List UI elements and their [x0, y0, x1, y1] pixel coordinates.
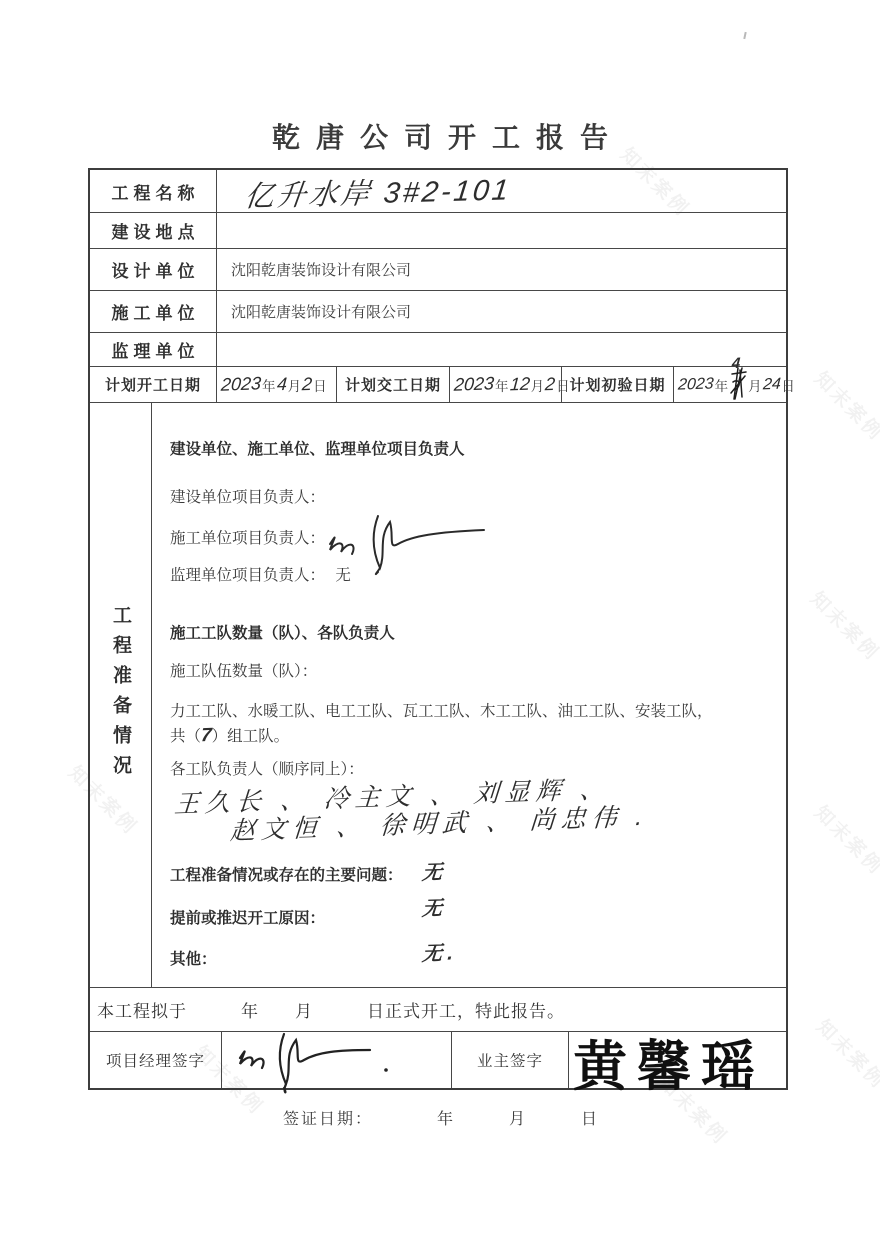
project-name-value-cell: 亿升水岸 3#2-101: [217, 170, 786, 212]
owner-sign-label: 业主签字: [452, 1032, 569, 1088]
teams-total-line: 共（7）组工队。: [170, 724, 768, 749]
table-row-project-name: 工程名称 亿升水岸 3#2-101: [90, 170, 786, 213]
supervisor-rep-value: 无: [335, 567, 351, 584]
month-unit: 月: [531, 375, 545, 395]
issues-label: 工程准备情况或存在的主要问题：: [170, 867, 403, 884]
preparation-content: 建设单位、施工单位、监理单位项目负责人 建设单位项目负责人： 施工单位项目负责人…: [152, 403, 786, 987]
design-unit-value: 沈阳乾唐装饰设计有限公司: [217, 249, 786, 290]
preparation-side-cell: 工程准备情况: [90, 403, 152, 987]
table-row-planned-dates: 计划开工日期 2023 年 4 月 2 日 计划交工日期 2023 年 12 月…: [90, 367, 786, 403]
teams-heading: 施工工队数量（队）、各队负责人: [170, 623, 768, 645]
start-month-handwritten: 4: [276, 374, 287, 395]
owner-rep-line: 建设单位项目负责人：: [170, 487, 768, 509]
commencement-report-page: 知末案例 知末案例 知末案例 知末案例 知末案例 知末案例 知末案例 知末案例 …: [0, 0, 880, 1244]
planned-inspection-date-value: 2023 年 4 月 24 日: [674, 367, 798, 402]
design-unit-label: 设计单位: [90, 249, 217, 290]
other-line: 其他： 无 .: [170, 949, 768, 971]
delay-label: 提前或推迟开工原因：: [170, 910, 325, 927]
responsibles-heading: 建设单位、施工单位、监理单位项目负责人: [170, 439, 768, 461]
preparation-side-label: 工程准备情况: [107, 605, 134, 785]
page-title: 乾唐公司开工报告: [0, 116, 880, 156]
owner-signature-handwritten: 黄馨瑶: [569, 1040, 765, 1094]
table-row-declaration: 本工程拟于 年 月 日正式开工，特此报告。: [90, 988, 786, 1032]
scan-speck: [743, 32, 746, 39]
day-unit: 日: [313, 375, 327, 395]
finish-year-handwritten: 2023: [453, 373, 494, 395]
owner-signature-cell: 黄馨瑶: [569, 1032, 786, 1088]
table-row-build-location: 建设地点: [90, 213, 786, 249]
month-unit: 月: [288, 375, 302, 395]
watermark: 知末案例: [809, 799, 880, 880]
construction-unit-label: 施工单位: [90, 291, 217, 332]
day-unit: 日: [781, 375, 795, 395]
table-row-signatures: 项目经理签字 业主签字 黄馨瑶: [90, 1032, 786, 1088]
contractor-rep-line: 施工单位项目负责人：: [170, 528, 768, 550]
inspect-month-correction: 4: [728, 370, 748, 400]
watermark: 知末案例: [811, 1013, 880, 1094]
planned-start-date-label: 计划开工日期: [90, 367, 217, 402]
inspect-year-handwritten: 2023: [677, 375, 714, 394]
build-location-label: 建设地点: [90, 213, 217, 248]
team-count-line: 施工队伍数量（队）：: [170, 661, 768, 683]
finish-month-handwritten: 12: [509, 374, 530, 396]
inspect-month-handwritten: 4: [732, 354, 742, 371]
project-name-label: 工程名称: [90, 170, 217, 212]
planned-finish-date-label: 计划交工日期: [337, 367, 450, 402]
report-form-table: 工程名称 亿升水岸 3#2-101 建设地点 设计单位 沈阳乾唐装饰设计有限公司…: [88, 168, 788, 1090]
leaders-line-2: 赵文恒 、 徐明武 、 尚忠伟 .: [230, 813, 768, 839]
issues-line: 工程准备情况或存在的主要问题： 无: [170, 865, 768, 887]
year-unit: 年: [262, 375, 276, 395]
delay-line: 提前或推迟开工原因： 无: [170, 908, 768, 930]
leaders-label: 各工队负责人（顺序同上）：: [170, 761, 364, 778]
supervision-unit-label: 监理单位: [90, 333, 217, 366]
year-unit: 年: [715, 375, 729, 395]
start-day-handwritten: 2: [301, 374, 312, 395]
table-row-preparation: 工程准备情况 建设单位、施工单位、监理单位项目负责人 建设单位项目负责人： 施工…: [90, 403, 786, 988]
supervisor-rep-label: 监理单位项目负责人：: [170, 567, 325, 584]
supervision-unit-value-cell: [217, 333, 786, 366]
teams-list-line: 力工工队、水暖工队、电工工队、瓦工工队、木工工队、油工工队、安装工队，: [170, 700, 768, 724]
year-unit: 年: [495, 375, 509, 395]
planned-start-date-value: 2023 年 4 月 2 日: [217, 367, 337, 402]
construction-unit-value: 沈阳乾唐装饰设计有限公司: [217, 291, 786, 332]
watermark: 知末案例: [805, 585, 880, 666]
teams-total-prefix: 共（: [170, 728, 201, 745]
pm-signature-cell: [222, 1032, 452, 1088]
start-year-handwritten: 2023: [220, 373, 261, 395]
pm-signature: [228, 1022, 418, 1098]
leaders-line: 各工队负责人（顺序同上）： 王久长 、 冷主文 、 刘显辉 、: [170, 759, 768, 807]
table-row-design-unit: 设计单位 沈阳乾唐装饰设计有限公司: [90, 249, 786, 291]
team-count-handwritten: 7: [200, 724, 212, 748]
watermark: 知末案例: [809, 365, 880, 446]
build-location-value-cell: [217, 213, 786, 248]
other-answer-handwritten: 无 .: [421, 942, 454, 965]
delay-answer-handwritten: 无: [421, 898, 443, 921]
planned-inspection-date-label: 计划初验日期: [562, 367, 674, 402]
other-label: 其他：: [170, 951, 217, 968]
contractor-rep-label: 施工单位项目负责人：: [170, 530, 325, 547]
pm-sign-label: 项目经理签字: [90, 1032, 222, 1088]
teams-total-suffix: ）组工队。: [212, 728, 290, 745]
table-row-construction-unit: 施工单位 沈阳乾唐装饰设计有限公司: [90, 291, 786, 333]
finish-day-handwritten: 2: [544, 374, 555, 395]
supervisor-rep-line: 监理单位项目负责人： 无: [170, 565, 768, 587]
sign-date-line: 签证日期： 年 月 日: [283, 1106, 599, 1129]
table-row-supervision-unit: 监理单位: [90, 333, 786, 367]
inspect-day-handwritten: 24: [762, 375, 781, 394]
declaration-text: 本工程拟于 年 月 日正式开工，特此报告。: [90, 988, 786, 1031]
issues-answer-handwritten: 无: [421, 862, 443, 885]
planned-finish-date-value: 2023 年 12 月 2 日: [450, 367, 562, 402]
month-unit: 月: [748, 375, 762, 395]
project-name-handwritten: 亿升水岸 3#2-101: [229, 167, 514, 215]
